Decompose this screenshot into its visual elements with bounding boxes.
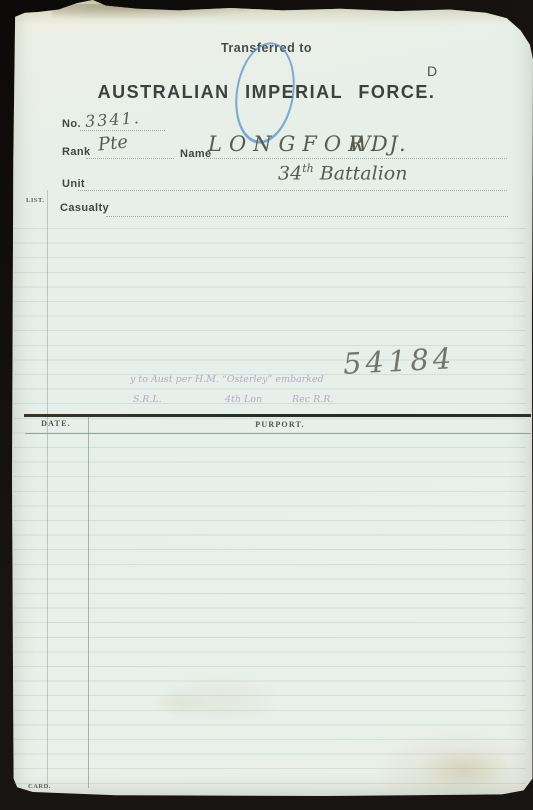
purport-column-header: PURPORT. (200, 420, 360, 429)
table-header-underline (25, 433, 531, 434)
pencil-number-handwriting: 54184 (342, 341, 456, 381)
torn-edge-shading (52, 4, 272, 20)
no-label: No. (62, 118, 81, 130)
rank-underline (86, 157, 174, 159)
casualty-label: Casualty (60, 202, 109, 214)
scanned-record-card: Transferred to AUSTRALIAN IMPERIAL FORCE… (0, 0, 533, 810)
casualty-underline (106, 215, 508, 217)
purple-annotation-line1: y to Aust per H.M. “Osterley” embarked (130, 374, 324, 385)
no-value-handwriting: 3341. (84, 108, 141, 131)
unit-name: Battalion (320, 162, 408, 184)
card-footer-label: CARD. (28, 783, 51, 790)
unit-number: 34 (278, 162, 302, 184)
table-column-divider (88, 417, 89, 788)
purple-annotation-line2b: 4th Lon (225, 394, 262, 405)
unit-ordinal: th (302, 162, 314, 175)
corner-letter: D (427, 63, 438, 79)
unit-underline (78, 189, 507, 191)
date-column-header: DATE. (30, 419, 82, 428)
purple-annotation-line2a: S.R.L. (133, 394, 162, 405)
table-top-rule (24, 414, 531, 417)
rank-value-handwriting: Pte (97, 131, 129, 155)
margin-line (47, 190, 48, 789)
name-underline (204, 157, 507, 159)
list-label: LIST. (26, 197, 44, 204)
unit-value-handwriting: 34th Battalion (278, 162, 407, 184)
no-underline (80, 129, 165, 131)
name-initials-handwriting: W. J. (349, 132, 409, 156)
purple-annotation-line2c: Rec R.R. (292, 394, 333, 405)
